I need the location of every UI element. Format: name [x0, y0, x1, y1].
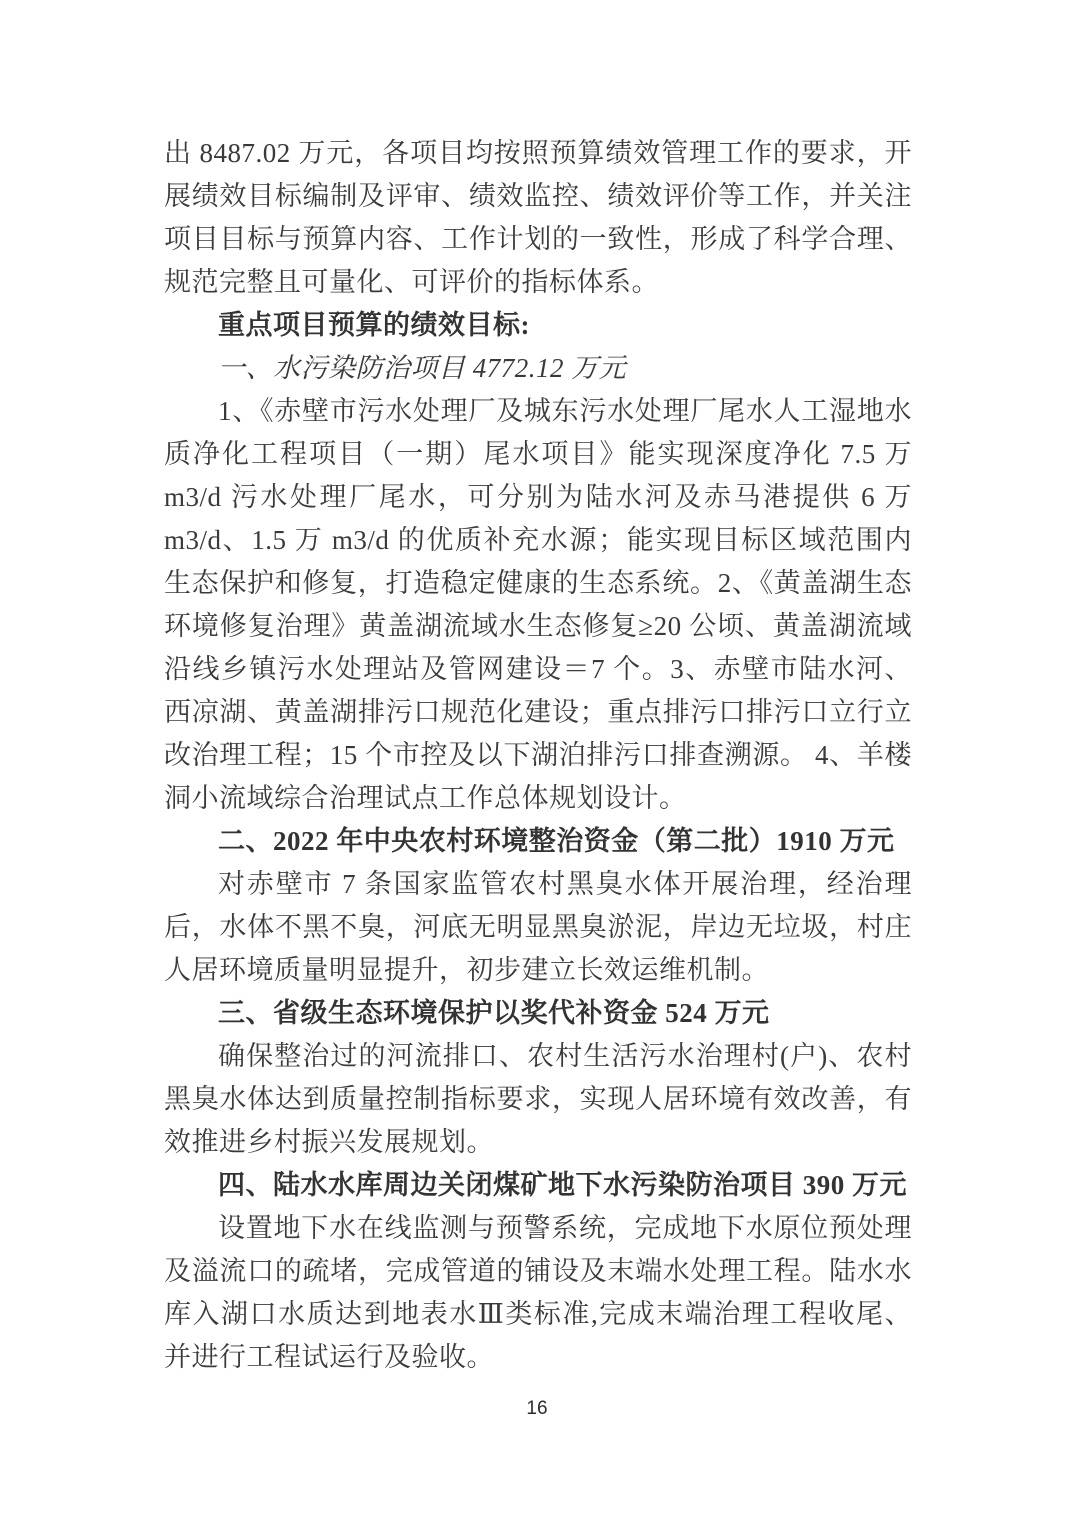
paragraph: 出 8487.02 万元，各项目均按照预算绩效管理工作的要求，开展绩效目标编制及… — [164, 132, 912, 304]
paragraph: 对赤壁市 7 条国家监管农村黑臭水体开展治理，经治理后，水体不黑不臭，河底无明显… — [164, 863, 912, 992]
section-heading: 重点项目预算的绩效目标: — [164, 304, 912, 347]
page-footer: 16 — [0, 1398, 1074, 1420]
paragraph: 1、《赤壁市污水处理厂及城东污水处理厂尾水人工湿地水质净化工程项目（一期）尾水项… — [164, 390, 912, 820]
page-number: 16 — [526, 1398, 547, 1419]
paragraph: 设置地下水在线监测与预警系统，完成地下水原位预处理及溢流口的疏堵，完成管道的铺设… — [164, 1207, 912, 1379]
section-heading: 四、陆水水库周边关闭煤矿地下水污染防治项目 390 万元 — [164, 1164, 912, 1207]
document-body: 出 8487.02 万元，各项目均按照预算绩效管理工作的要求，开展绩效目标编制及… — [164, 132, 912, 1379]
section-heading: 三、省级生态环境保护以奖代补资金 524 万元 — [164, 992, 912, 1035]
document-page: 出 8487.02 万元，各项目均按照预算绩效管理工作的要求，开展绩效目标编制及… — [0, 0, 1074, 1520]
section-heading: 一、水污染防治项目 4772.12 万元 — [164, 347, 912, 390]
section-heading: 二、2022 年中央农村环境整治资金（第二批）1910 万元 — [164, 820, 912, 863]
paragraph: 确保整治过的河流排口、农村生活污水治理村(户)、农村黑臭水体达到质量控制指标要求… — [164, 1035, 912, 1164]
